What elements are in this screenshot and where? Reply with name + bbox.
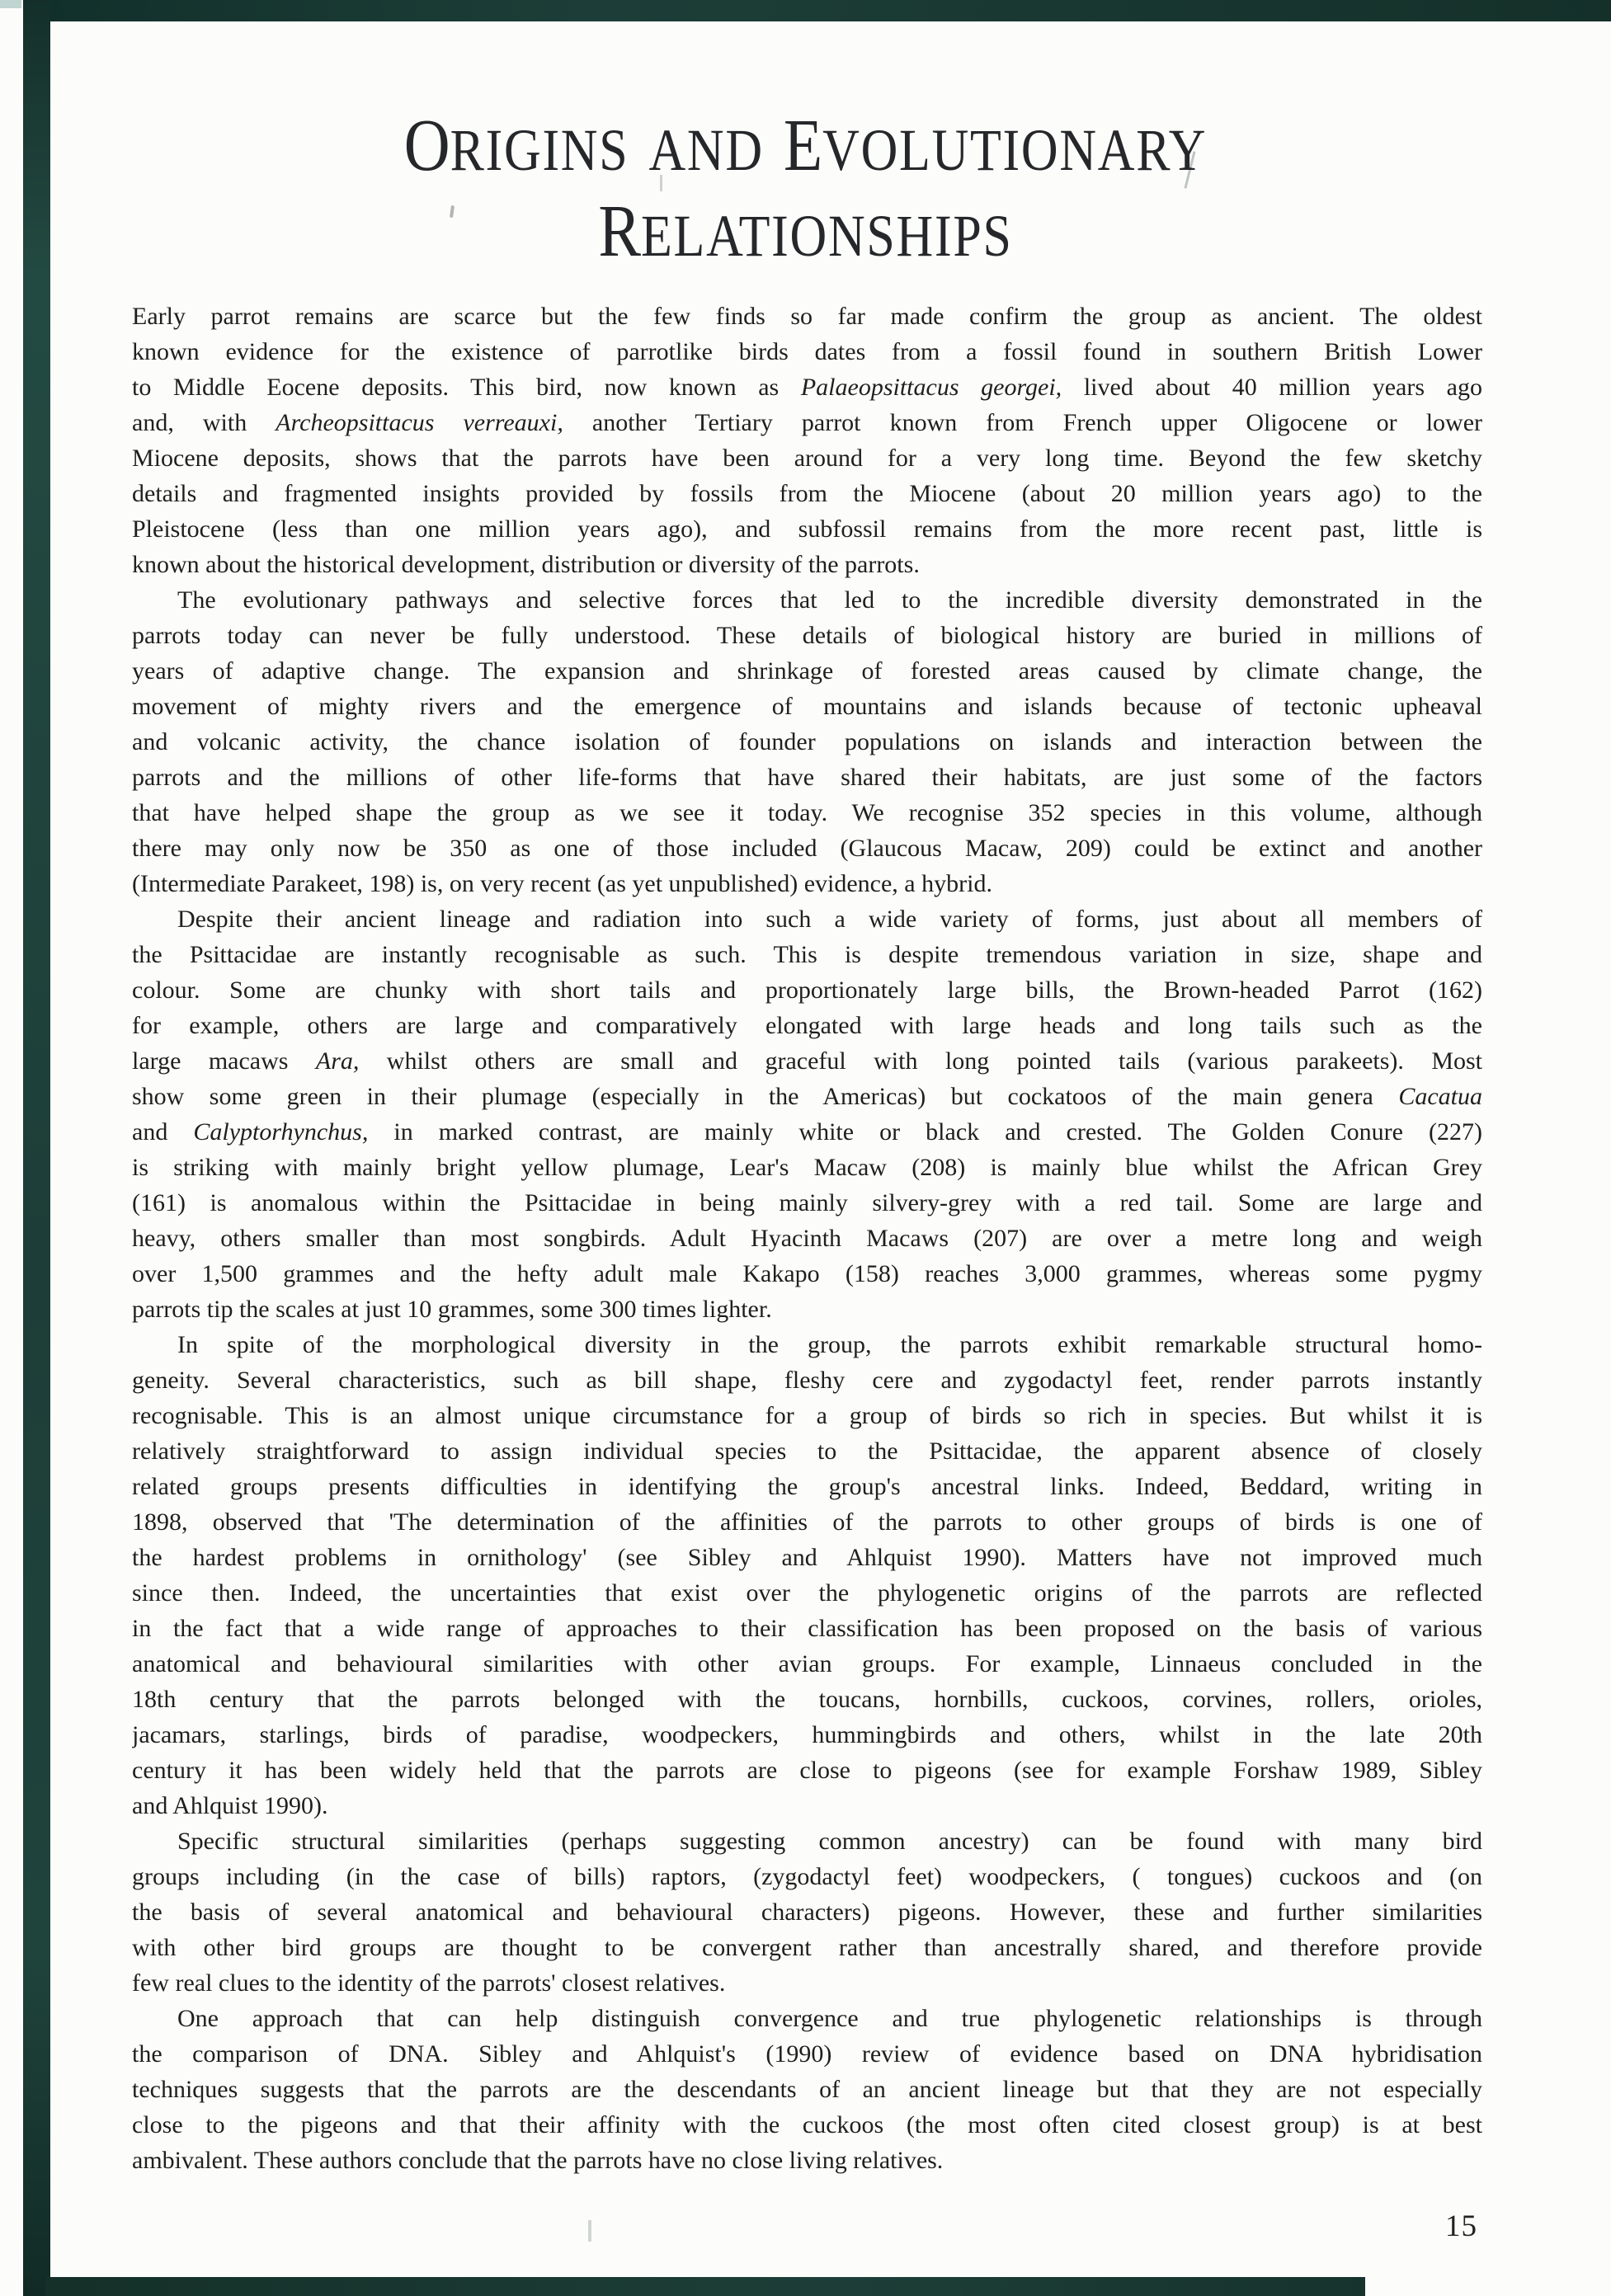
- scan-border-left: [23, 0, 50, 2296]
- page-title: ORIGINSANDEVOLUTIONARYRELATIONSHIPS: [0, 103, 1611, 275]
- text-line: Pleistocene (less than one million years…: [132, 511, 1482, 547]
- text-line: the basis of several anatomical and beha…: [132, 1894, 1482, 1930]
- text-line: known about the historical development, …: [132, 547, 1482, 582]
- text-line: parrots today can never be fully underst…: [132, 618, 1482, 653]
- text-line: for example, others are large and compar…: [132, 1008, 1482, 1043]
- text-line: related groups presents difficulties in …: [132, 1469, 1482, 1504]
- text-line: recognisable. This is an almost unique c…: [132, 1398, 1482, 1433]
- text-line: ambivalent. These authors conclude that …: [132, 2143, 1482, 2178]
- text-line: Specific structural similarities (perhap…: [132, 1823, 1482, 1859]
- text-line: large macaws Ara, whilst others are smal…: [132, 1043, 1482, 1079]
- text-line: and, with Archeopsittacus verreauxi, ano…: [132, 405, 1482, 440]
- text-line: relatively straightforward to assign ind…: [132, 1433, 1482, 1469]
- text-line: years of adaptive change. The expansion …: [132, 653, 1482, 689]
- text-line: techniques suggests that the parrots are…: [132, 2072, 1482, 2107]
- paragraph: One approach that can help distinguish c…: [132, 2001, 1482, 2178]
- text-line: that have helped shape the group as we s…: [132, 795, 1482, 830]
- text-line: 18th century that the parrots belonged w…: [132, 1682, 1482, 1717]
- text-line: over 1,500 grammes and the hefty adult m…: [132, 1256, 1482, 1291]
- book-page: ORIGINSANDEVOLUTIONARYRELATIONSHIPS Earl…: [0, 0, 1611, 2296]
- text-line: and Calyptorhynchus, in marked contrast,…: [132, 1114, 1482, 1150]
- body-text: Early parrot remains are scarce but the …: [132, 299, 1482, 2178]
- text-line: movement of mighty rivers and the emerge…: [132, 689, 1482, 724]
- text-line: 1898, observed that 'The determination o…: [132, 1504, 1482, 1540]
- text-line: show some green in their plumage (especi…: [132, 1079, 1482, 1114]
- text-line: colour. Some are chunky with short tails…: [132, 972, 1482, 1008]
- text-line: (Intermediate Parakeet, 198) is, on very…: [132, 866, 1482, 901]
- text-line: anatomical and behavioural similarities …: [132, 1646, 1482, 1682]
- text-line: to Middle Eocene deposits. This bird, no…: [132, 369, 1482, 405]
- text-line: Miocene deposits, shows that the parrots…: [132, 440, 1482, 476]
- title-word: RELATIONSHIPS: [598, 245, 1012, 259]
- text-line: century it has been widely held that the…: [132, 1753, 1482, 1788]
- title-word: AND: [648, 159, 763, 173]
- paragraph: Early parrot remains are scarce but the …: [132, 299, 1482, 582]
- text-line: since then. Indeed, the uncertainties th…: [132, 1575, 1482, 1611]
- text-line: geneity. Several characteristics, such a…: [132, 1362, 1482, 1398]
- text-line: there may only now be 350 as one of thos…: [132, 830, 1482, 866]
- text-line: known evidence for the existence of parr…: [132, 334, 1482, 369]
- paragraph: Specific structural similarities (perhap…: [132, 1823, 1482, 2001]
- text-line: and volcanic activity, the chance isolat…: [132, 724, 1482, 760]
- text-line: few real clues to the identity of the pa…: [132, 1965, 1482, 2001]
- text-line: parrots tip the scales at just 10 gramme…: [132, 1291, 1482, 1327]
- scan-border-bottom: [45, 2277, 1365, 2296]
- text-line: The evolutionary pathways and selective …: [132, 582, 1482, 618]
- text-line: heavy, others smaller than most songbird…: [132, 1221, 1482, 1256]
- text-line: In spite of the morphological diversity …: [132, 1327, 1482, 1362]
- paragraph: Despite their ancient lineage and radiat…: [132, 901, 1482, 1327]
- paragraph: The evolutionary pathways and selective …: [132, 582, 1482, 901]
- scan-corner-smudge: [0, 0, 21, 8]
- title-line: ORIGINSANDEVOLUTIONARY: [113, 103, 1499, 189]
- text-line: with other bird groups are thought to be…: [132, 1930, 1482, 1965]
- text-line: (161) is anomalous within the Psittacida…: [132, 1185, 1482, 1221]
- page-number: 15: [1445, 2209, 1477, 2244]
- text-line: in the fact that a wide range of approac…: [132, 1611, 1482, 1646]
- text-line: One approach that can help distinguish c…: [132, 2001, 1482, 2036]
- text-line: jacamars, starlings, birds of paradise, …: [132, 1717, 1482, 1753]
- text-line: groups including (in the case of bills) …: [132, 1859, 1482, 1894]
- scan-artifact-streak: [588, 2220, 591, 2242]
- text-line: the Psittacidae are instantly recognisab…: [132, 937, 1482, 972]
- text-line: the hardest problems in ornithology' (se…: [132, 1540, 1482, 1575]
- text-line: is striking with mainly bright yellow pl…: [132, 1150, 1482, 1185]
- title-word: EVOLUTIONARY: [784, 159, 1207, 173]
- text-line: Early parrot remains are scarce but the …: [132, 299, 1482, 334]
- text-line: the comparison of DNA. Sibley and Ahlqui…: [132, 2036, 1482, 2072]
- text-line: Despite their ancient lineage and radiat…: [132, 901, 1482, 937]
- text-line: details and fragmented insights provided…: [132, 476, 1482, 511]
- paragraph: In spite of the morphological diversity …: [132, 1327, 1482, 1823]
- text-line: and Ahlquist 1990).: [132, 1788, 1482, 1823]
- title-line: RELATIONSHIPS: [113, 189, 1499, 275]
- scan-border-top: [45, 0, 1611, 21]
- text-line: parrots and the millions of other life-f…: [132, 760, 1482, 795]
- text-line: close to the pigeons and that their affi…: [132, 2107, 1482, 2143]
- title-word: ORIGINS: [404, 159, 629, 173]
